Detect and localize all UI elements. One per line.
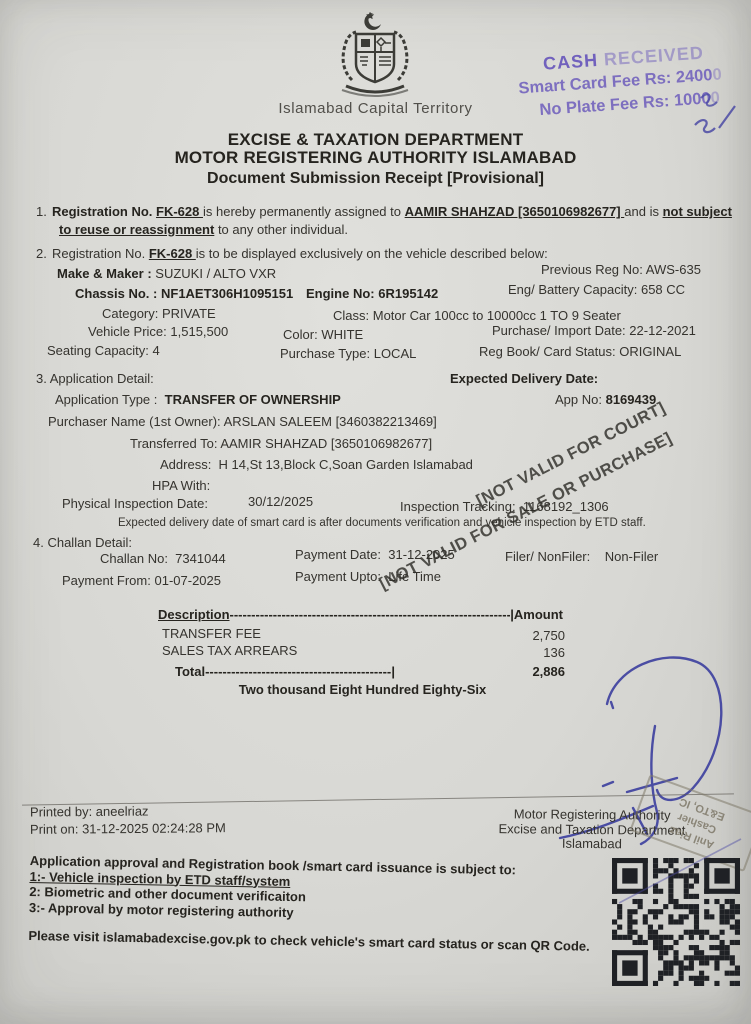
price-field: Vehicle Price: 1,515,500 xyxy=(88,324,228,339)
expected-delivery-label: Expected Delivery Date: xyxy=(450,371,598,386)
pakistan-emblem-icon xyxy=(312,12,438,104)
footer-visit: Please visit islamabadexcise.gov.pk to c… xyxy=(28,929,590,954)
clause-1-number: 1. xyxy=(36,203,52,221)
header-dashes: ----------------------------------------… xyxy=(230,607,511,622)
clause-2: 2.Registration No. FK-628 is to be displ… xyxy=(36,245,749,263)
fee-row-desc: TRANSFER FEE xyxy=(162,626,261,641)
payment-from-field: Payment From: 01-07-2025 xyxy=(62,573,221,588)
address-field: Address: H 14,St 13,Block C,Soan Garden … xyxy=(160,457,473,472)
prev-reg-field: Previous Reg No: AWS-635 xyxy=(541,262,701,277)
application-type-field: Application Type : TRANSFER OF OWNERSHIP xyxy=(55,392,341,407)
challan-no-field: Challan No: 7341044 xyxy=(100,551,226,566)
receipt-title: Document Submission Receipt [Provisional… xyxy=(0,170,751,188)
fee-table-header: Description ----------------------------… xyxy=(158,607,563,622)
transferred-to-field: Transferred To: AAMIR SHAHZAD [365010698… xyxy=(130,436,432,451)
application-heading: 3. Application Detail: xyxy=(36,371,154,386)
chassis-field: Chassis No. : NF1AET306H1095151 xyxy=(75,286,293,301)
challan-heading: 4. Challan Detail: xyxy=(33,535,132,550)
purchase-date-field: Purchase/ Import Date: 22-12-2021 xyxy=(492,323,696,338)
make-field: Make & Maker : SUZUKI / ALTO VXR xyxy=(57,266,276,281)
printed-on: Print on: 31-12-2025 02:24:28 PM xyxy=(30,820,226,837)
amount-in-words: Two thousand Eight Hundred Eighty-Six xyxy=(160,682,565,697)
dept-title-line1: EXCISE & TAXATION DEPARTMENT xyxy=(0,130,751,150)
fee-row-desc: SALES TAX ARREARS xyxy=(162,643,297,658)
app-no-field: App No: 8169439 xyxy=(555,392,656,407)
total-dashes: ----------------------------------------… xyxy=(205,664,391,679)
inspection-date-value: 30/12/2025 xyxy=(248,494,313,509)
reg-book-field: Reg Book/ Card Status: ORIGINAL xyxy=(479,344,681,359)
class-field: Class: Motor Car 100cc to 10000cc 1 TO 9… xyxy=(333,308,621,323)
purchase-type-field: Purchase Type: LOCAL xyxy=(280,346,416,361)
delivery-note: Expected delivery date of smart card is … xyxy=(118,517,646,529)
clause-2-number: 2. xyxy=(36,245,52,263)
category-field: Category: PRIVATE xyxy=(102,306,216,321)
fee-total-line: Total ----------------------------------… xyxy=(175,664,395,679)
hpa-field: HPA With: xyxy=(152,478,210,493)
footer-notes: Application approval and Registration bo… xyxy=(28,854,591,955)
pen-mark-over-qr-icon xyxy=(605,835,751,915)
filer-field: Filer/ NonFiler: Non-Filer xyxy=(505,549,658,564)
color-field: Color: WHITE xyxy=(283,327,363,342)
receipt-document: Islamabad Capital Territory CASH RECEIVE… xyxy=(0,0,751,1024)
engine-capacity-field: Eng/ Battery Capacity: 658 CC xyxy=(508,282,685,297)
dept-title-line2: MOTOR REGISTERING AUTHORITY ISLAMABAD xyxy=(0,148,751,168)
engine-field: Engine No: 6R195142 xyxy=(306,286,438,301)
clause-1: 1.Registration No. FK-628 is hereby perm… xyxy=(36,203,741,238)
printed-by: Printed by: aneelriaz xyxy=(30,803,149,819)
inspection-date-field: Physical Inspection Date: xyxy=(62,496,208,511)
purchaser-field: Purchaser Name (1st Owner): ARSLAN SALEE… xyxy=(48,414,437,429)
seating-field: Seating Capacity: 4 xyxy=(47,343,160,358)
